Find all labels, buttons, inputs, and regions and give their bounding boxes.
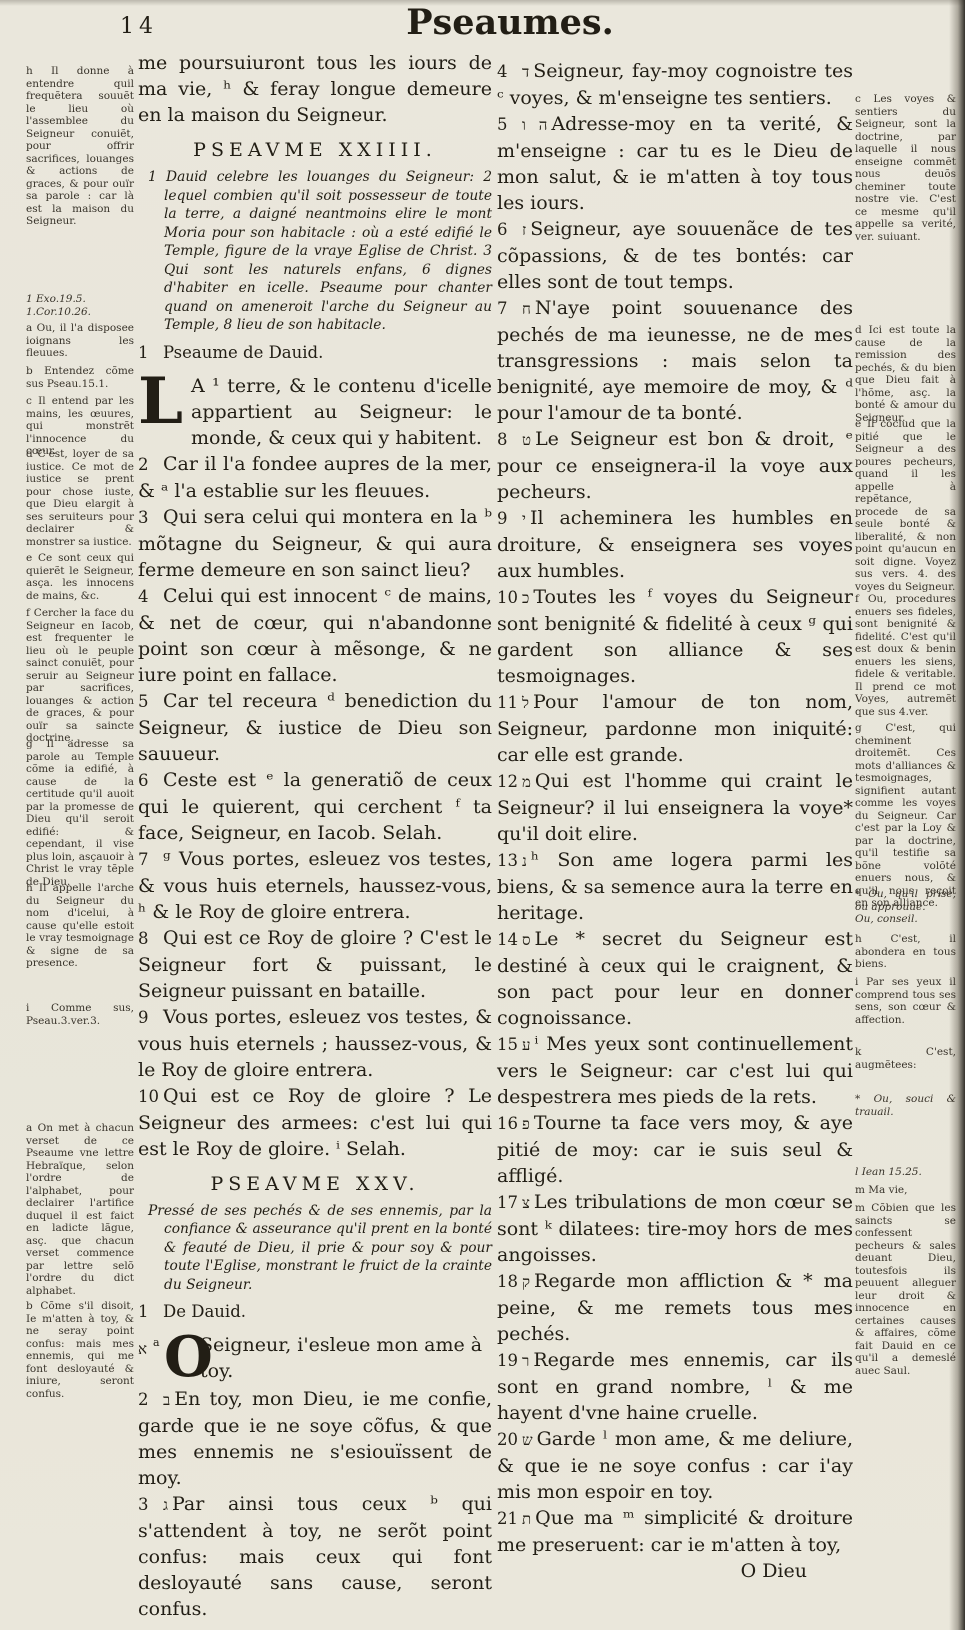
verse: 19רRegarde mes ennemis, car ils sont en … xyxy=(497,1347,853,1426)
verse-number: 9 xyxy=(138,1005,163,1031)
verse-number: 4 xyxy=(138,584,163,610)
hebrew-letter: י xyxy=(522,510,530,528)
verse: 4דSeigneur, fay-moy cognoistre tes ᶜ voy… xyxy=(497,58,853,111)
verse-number: 9 xyxy=(497,506,522,532)
verse-number: 13 xyxy=(497,848,522,874)
margin-note: m Ma vie, xyxy=(855,1184,956,1197)
verse: 9Vous portes, esleuez vos testes, & vous… xyxy=(138,1004,492,1083)
hebrew-letter: ד xyxy=(522,63,533,81)
verse: LA ¹ terre, & le contenu d'icelle appart… xyxy=(138,373,492,451)
psalm-24-title: 1Pseaume de Dauid. xyxy=(138,340,492,366)
verse-number: 19 xyxy=(497,1348,522,1374)
margin-note: h Il donne à entendre quil frequẽtera so… xyxy=(26,65,134,228)
verse-number: 6 xyxy=(138,768,163,794)
verse-number: 8 xyxy=(497,427,522,453)
verse-number: 17 xyxy=(497,1190,522,1216)
verse-number: 21 xyxy=(497,1506,522,1532)
margin-note: h Il appelle l'arche du Seigneur du nom … xyxy=(26,882,134,970)
margin-note: * Ou, souci & trauail. xyxy=(855,1093,956,1118)
margin-note: f Cercher la face du Seigneur en Iacob, … xyxy=(26,607,134,745)
hebrew-letter: ת xyxy=(522,1510,535,1528)
margin-note: d Ici est toute la cause de la remission… xyxy=(855,324,956,424)
verse: 18קRegarde mon affliction & * ma peine, … xyxy=(497,1268,853,1347)
verse: 17צLes tribulations de mon cœur se sont … xyxy=(497,1189,853,1268)
verse-number: 6 xyxy=(497,217,522,243)
psalm-24-heading: PSEAVME XXIIII. xyxy=(138,137,492,163)
verse-number: 7 xyxy=(138,847,163,873)
margin-note: d C'est, loyer de sa iustice. Ce mot de … xyxy=(26,448,134,548)
psalm-25-heading: PSEAVME XXV. xyxy=(138,1171,492,1197)
verse-number: 10 xyxy=(138,1084,163,1110)
verse-number: 3 xyxy=(138,505,163,531)
verse-number: 8 xyxy=(138,926,163,952)
verse: 6זSeigneur, aye souuenãce de tes cõpassi… xyxy=(497,216,853,295)
margin-note-refs: 1 Exo.19.5. 1.Cor.10.26. xyxy=(26,293,134,318)
running-title: Pseaumes. xyxy=(330,2,690,43)
verse: 8טLe Seigneur est bon & droit, ᵉ pour ce… xyxy=(497,426,853,505)
verse: א a O Seigneur, i'esleue mon ame à toy. xyxy=(138,1332,492,1386)
verse-number: 4 xyxy=(497,59,522,85)
drop-cap: O xyxy=(164,1332,213,1382)
verse: 3Qui sera celui qui montera en la ᵇ mõta… xyxy=(138,504,492,583)
verse-number: 10 xyxy=(497,585,522,611)
verse-number: 16 xyxy=(497,1111,522,1137)
hebrew-letter: ל xyxy=(522,694,533,712)
margin-note: l Iean 15.25. xyxy=(855,1166,956,1179)
verse-number: 2 xyxy=(138,1387,163,1413)
hebrew-letter: ג xyxy=(163,1496,172,1514)
verse: 9יIl acheminera les humbles en droiture,… xyxy=(497,505,853,584)
hebrew-letter: ה ו xyxy=(522,116,551,134)
psalm-24-argument: 1 Dauid celebre les louanges du Seigneur… xyxy=(138,168,492,335)
verse: 3גPar ainsi tous ceux ᵇ qui s'attendent … xyxy=(138,1491,492,1622)
verse: 5Car tel receura ᵈ benediction du Seigne… xyxy=(138,688,492,767)
verse: 6Ceste est ᵉ la generatiõ de ceux qui le… xyxy=(138,767,492,846)
page-number: 14 xyxy=(120,14,158,39)
verse: 13נʰ Son ame logera parmi les biens, & s… xyxy=(497,847,853,926)
margin-note: g Il adresse sa parole au Temple cõme ia… xyxy=(26,738,134,888)
hebrew-letter: מ xyxy=(522,773,535,791)
verse: 20שGarde ˡ mon ame, & me deliure, & que … xyxy=(497,1426,853,1505)
catchword: O Dieu xyxy=(497,1558,853,1584)
margin-note: i Par ses yeux il comprend tous ses sens… xyxy=(855,976,956,1026)
verse-number: 3 xyxy=(138,1492,163,1518)
verse-number: 15 xyxy=(497,1032,522,1058)
verse-number: 5 xyxy=(497,112,522,138)
verse-number: 2 xyxy=(138,452,163,478)
margin-note: e Il cõclud que la pitié que le Seigneur… xyxy=(855,418,956,593)
hebrew-letter: פ xyxy=(522,1115,534,1133)
margin-note: b Cõme s'il disoit, Ie m'atten à toy, & … xyxy=(26,1300,134,1400)
margin-note: g C'est, qui cheminent droitemẽt. Ces mo… xyxy=(855,722,956,910)
hebrew-letter: ק xyxy=(522,1273,534,1291)
margin-note: m Cõbien que les saincts se confessent p… xyxy=(855,1202,956,1377)
hebrew-letter: צ xyxy=(522,1194,534,1212)
margin-note: b Entendez cõme sus Pseau.15.1. xyxy=(26,365,134,390)
verse-number: 18 xyxy=(497,1269,522,1295)
main-left-column: me poursuiuront tous les iours de ma vie… xyxy=(138,50,492,1622)
hebrew-letter: ש xyxy=(522,1431,537,1449)
verse: 7ᵍ Vous portes, esleuez vos testes, & vo… xyxy=(138,846,492,925)
margin-note: h C'est, il abondera en tous biens. xyxy=(855,933,956,971)
paper-edge-shadow-right xyxy=(949,0,965,1630)
verse: 2Car il l'a fondee aupres de la mer, & ᵃ… xyxy=(138,451,492,504)
verse-number: 1 xyxy=(138,1299,163,1325)
margin-note: c Les voyes & sentiers du Seigneur, sont… xyxy=(855,93,956,243)
hebrew-letter: ס xyxy=(522,931,535,949)
right-margin-column: c Les voyes & sentiers du Seigneur, sont… xyxy=(855,88,956,1568)
margin-note: k C'est, augmẽtees: xyxy=(855,1046,956,1071)
verse: 11לPour l'amour de ton nom, Seigneur, pa… xyxy=(497,689,853,768)
verse-number: 7 xyxy=(497,296,522,322)
psalm-25-argument: Pressé de ses pechés & de ses ennemis, p… xyxy=(138,1202,492,1295)
margin-note: a Ou, il l'a disposee ioignans les fleuu… xyxy=(26,322,134,360)
main-right-column: 4דSeigneur, fay-moy cognoistre tes ᶜ voy… xyxy=(497,58,853,1584)
hebrew-letter: כ xyxy=(522,589,533,607)
hebrew-letter: ז xyxy=(522,221,530,239)
verse: 12מQui est l'homme qui craint le Seigneu… xyxy=(497,768,853,847)
note-letter: a xyxy=(153,1330,160,1356)
hebrew-letter: ע xyxy=(522,1036,535,1054)
verse: 10Qui est ce Roy de gloire ? Le Seigneur… xyxy=(138,1083,492,1162)
margin-note: i Comme sus, Pseau.3.ver.3. xyxy=(26,1002,134,1027)
margin-note: * Ou, qu'il prise, ou approuue. Ou, cons… xyxy=(855,888,956,926)
verse: 2בEn toy, mon Dieu, ie me confie, garde … xyxy=(138,1386,492,1491)
verse-number: 12 xyxy=(497,769,522,795)
verse: 21תQue ma ᵐ simplicité & droiture me pre… xyxy=(497,1505,853,1558)
verse-number: 20 xyxy=(497,1427,522,1453)
verse: 10כToutes les ᶠ voyes du Seigneur sont b… xyxy=(497,584,853,689)
psalm-25-title: 1De Dauid. xyxy=(138,1299,492,1325)
margin-note: e Ce sont ceux qui quierẽt le Seigneur, … xyxy=(26,552,134,602)
drop-cap: L xyxy=(138,378,183,426)
carryover-paragraph: me poursuiuront tous les iours de ma vie… xyxy=(138,50,492,128)
hebrew-letter: ב xyxy=(163,1391,174,1409)
verse-number: 11 xyxy=(497,690,522,716)
hebrew-letter: ח xyxy=(522,300,535,318)
verse: 5ה וAdresse-moy en ta verité, & m'enseig… xyxy=(497,111,853,216)
verse: 14סLe * secret du Seigneur est destiné à… xyxy=(497,926,853,1031)
hebrew-letter: א xyxy=(138,1336,147,1362)
verse: 8Qui est ce Roy de gloire ? C'est le Sei… xyxy=(138,925,492,1004)
left-margin-column: h Il donne à entendre quil frequẽtera so… xyxy=(26,60,134,1540)
verse-number: 14 xyxy=(497,927,522,953)
verse: 4Celui qui est innocent ᶜ de mains, & ne… xyxy=(138,583,492,688)
verse-number: 1 xyxy=(138,340,163,366)
margin-note: a On met à chacun verset de ce Pseaume v… xyxy=(26,1122,134,1297)
verse: 7חN'aye point souuenance des pechés de m… xyxy=(497,295,853,426)
verse-number: 5 xyxy=(138,689,163,715)
verse: 15עⁱ Mes yeux sont continuellement vers … xyxy=(497,1031,853,1110)
hebrew-letter: ט xyxy=(522,431,535,449)
verse: 16פTourne ta face vers moy, & aye pitié … xyxy=(497,1110,853,1189)
margin-note: f Ou, procedures enuers ses fideles, son… xyxy=(855,593,956,718)
hebrew-letter: ר xyxy=(522,1352,533,1370)
hebrew-letter: נ xyxy=(522,852,531,870)
